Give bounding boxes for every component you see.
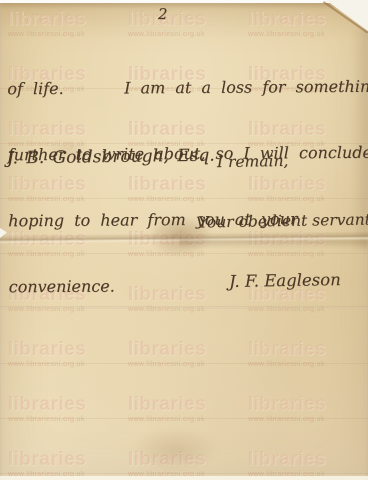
closing-obedient-servant: Your obedient servant <box>198 209 368 232</box>
scanned-letter-page: librarieswww.librariesni.org.uklibraries… <box>0 0 368 480</box>
page-number: 2 <box>158 5 168 23</box>
letter-body-line: of life. I am at a loss for something <box>7 76 368 101</box>
addressee-name: J. B. Goldsbrough, Esq. <box>7 146 215 169</box>
closing-i-remain: I remain, <box>217 150 368 173</box>
scanner-background-top <box>0 0 368 3</box>
signature: J. F. Eagleson <box>229 269 368 291</box>
letter-closing: I remain, Your obedient servant J. F. Ea… <box>196 110 368 333</box>
paper-bottom-edge <box>0 476 368 480</box>
